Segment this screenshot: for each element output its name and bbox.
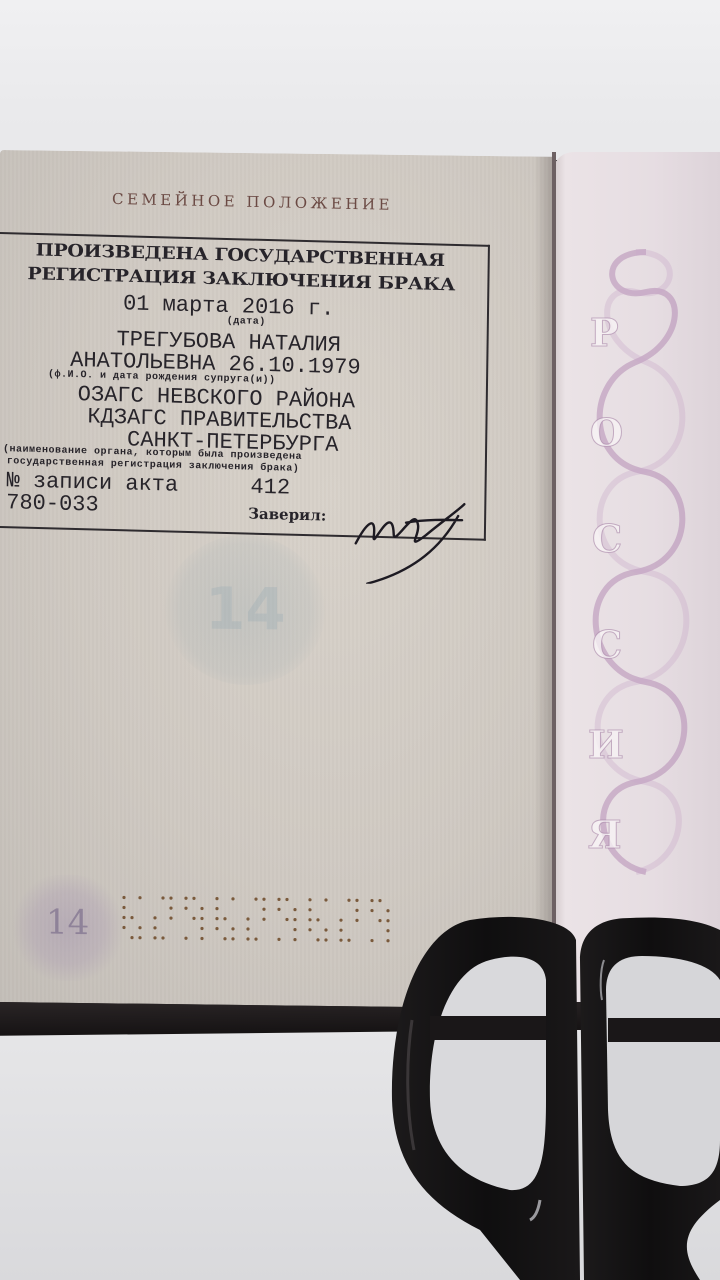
watermark-number: 14 bbox=[205, 575, 286, 644]
record-number: 412 bbox=[250, 475, 290, 501]
record-code: 780-033 bbox=[6, 490, 99, 517]
certified-label: Заверил: bbox=[248, 505, 326, 525]
marriage-registration-stamp: ПРОИЗВЕДЕНА ГОСУДАРСТВЕННАЯ РЕГИСТРАЦИЯ … bbox=[0, 232, 490, 541]
page-heading: СЕМЕЙНОЕ ПОЛОЖЕНИЕ bbox=[112, 190, 442, 215]
ornament-letter: О bbox=[590, 410, 623, 455]
emblem-number: 14 bbox=[46, 903, 89, 944]
ornament-letter: Р bbox=[590, 310, 619, 355]
page-number-watermark: 14 bbox=[165, 534, 325, 686]
ornament-letter: Я bbox=[588, 812, 622, 857]
ornament-letter: С bbox=[592, 516, 622, 561]
passport-page-marital-status: СЕМЕЙНОЕ ПОЛОЖЕНИЕ ПРОИЗВЕДЕНА ГОСУДАРСТ… bbox=[0, 150, 552, 1009]
scissors bbox=[380, 900, 720, 1280]
signature bbox=[345, 473, 477, 586]
russia-ornament-watermark: Р О С С И Я bbox=[576, 232, 706, 882]
perforated-emblem: 14 bbox=[8, 874, 128, 981]
ornament-letter: С bbox=[592, 622, 622, 667]
ornament-letter: И bbox=[588, 722, 624, 767]
date-caption: (дата) bbox=[227, 316, 266, 328]
